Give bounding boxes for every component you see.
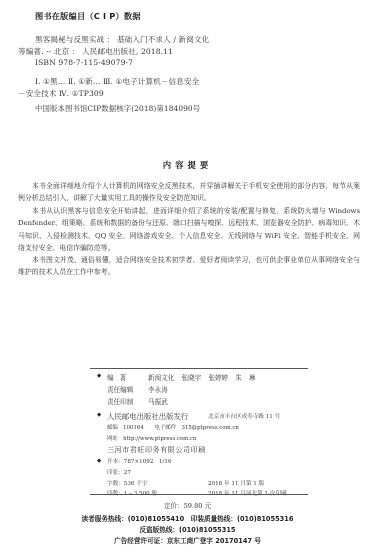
- colophon-top-rule: [90, 368, 308, 369]
- summary-heading: 内容提要: [0, 159, 375, 171]
- anti-piracy-hotline: 反盗版热线：(010)81055315: [0, 524, 375, 534]
- diamond-bullet-icon: ◆: [97, 412, 101, 418]
- ad-license: 广告经营许可证：京东工商广登字 20170147 号: [0, 535, 375, 545]
- printer: 三河市君旺印务有限公司印刷: [107, 445, 206, 455]
- cip-heading: 图书在版编目（C I P）数据: [35, 11, 141, 22]
- summary-paragraph-1: 本书全面详细地介绍个人计算机的网络安全反黑技术，并穿插讲解关于手机安全使用的部分…: [18, 180, 360, 205]
- authors-value: 新阅文化 张晓宇 张婷婷 朱 琳: [148, 372, 256, 382]
- printed-sheets: 印张：27: [107, 468, 131, 476]
- price: 定价：59.80 元: [0, 500, 375, 510]
- publisher: 人民邮电出版社出版发行: [107, 411, 188, 422]
- website: 网址 http://www.ptpress.com.cn: [107, 434, 196, 442]
- cip-publisher-line: 等编著. -- 北京 ： 人民邮电出版社, 2018.11: [18, 46, 173, 57]
- cip-record-number: 中国版本图书馆CIP数据核字(2018)第184090号: [35, 103, 200, 114]
- cip-classification-cont-line: －安全技术 Ⅳ. ①TP309: [18, 88, 104, 99]
- editor-label: 责任编辑: [107, 384, 133, 394]
- editor-value: 李永涛: [148, 384, 168, 394]
- summary-paragraph-2: 本书从认识黑客与信息安全开始讲起，进而详细介绍了系统的安装/配置与修复、系统防火…: [18, 205, 360, 254]
- diamond-bullet-icon: ◆: [97, 458, 101, 464]
- publisher-address: 北京市丰台区成寿寺路 11 号: [208, 412, 280, 420]
- postcode-email: 邮编 100164 电子邮件 315@ptpress.com.cn: [107, 423, 239, 431]
- summary-paragraph-3: 本书图文并茂、通俗易懂，适合网络安全技术初学者、爱好者阅读学习，也可供企事业单位…: [18, 254, 360, 279]
- print-supervisor-value: 马振武: [148, 396, 168, 406]
- print-run: 印数：1 – 3 500 册: [107, 489, 157, 497]
- service-hotlines: 读者服务热线：(010)81055410 印装质量热线：(010)8105531…: [0, 513, 375, 523]
- authors-label: 编著: [107, 372, 132, 382]
- print-supervisor-label: 责任印制: [107, 396, 133, 406]
- cip-isbn-line: ISBN 978-7-115-49079-7: [35, 58, 133, 67]
- word-count: 字数：536 千字: [107, 479, 147, 487]
- book-format: 开本：787×1092 1/16: [107, 457, 172, 465]
- cip-classification-line: Ⅰ. ①黑… Ⅱ. ①新… Ⅲ. ①电子计算机－信息安全: [35, 76, 199, 87]
- diamond-bullet-icon: ◆: [97, 373, 101, 379]
- edition: 2018 年 11 月第 1 版: [208, 479, 264, 487]
- cip-title-line: 黑客揭秘与反黑实战 ： 基础入门不求人 / 新阅文化: [35, 34, 209, 45]
- colophon-bottom-rule: [90, 494, 308, 495]
- printing: 2018 年 11 月河北第 1 次印刷: [208, 489, 287, 497]
